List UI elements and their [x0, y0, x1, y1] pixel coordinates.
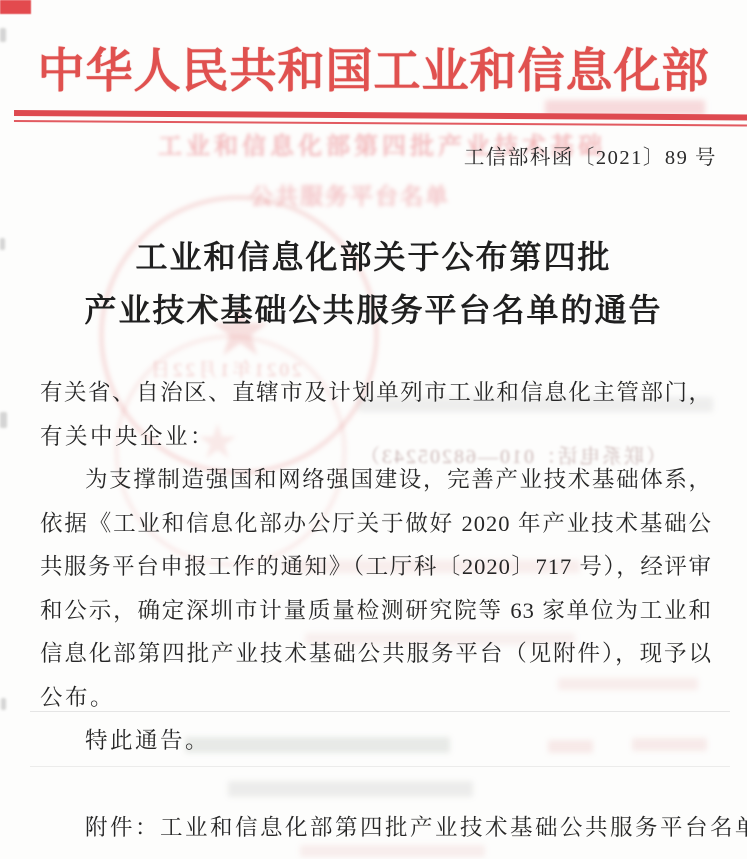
ministry-masthead: 中华人民共和国工业和信息化部: [0, 42, 747, 102]
scan-edge-speck: [1, 698, 6, 710]
salutation-line-1: 有关省、自治区、直辖市及计划单列市工业和信息化主管部门，: [40, 371, 712, 415]
paragraph-line-6: 公布。: [40, 676, 712, 720]
attachment-line: 附件：工业和信息化部第四批产业技术基础公共服务平台名单: [40, 806, 712, 850]
paragraph-line-1: 为支撑制造强国和网络强国建设，完善产业技术基础体系，: [40, 458, 712, 502]
document-number: 工信部科函〔2021〕89 号: [464, 144, 717, 172]
notice-title-line2: 产业技术基础公共服务平台名单的通告: [0, 285, 747, 331]
scan-edge-speck: [0, 28, 6, 42]
scanned-document-page: 工业和信息化部第四批产业技术基础 公共服务平台名单 ★ ★ 2021年1月22日…: [0, 0, 747, 859]
closing-line: 特此通告。: [40, 719, 712, 763]
paragraph-line-3: 共服务平台申报工作的通知》（工厅科〔2020〕717 号），经评审: [40, 545, 712, 589]
paragraph-line-4: 和公示，确定深圳市计量质量检测研究院等 63 家单位为工业和: [40, 589, 712, 633]
paragraph-line-2: 依据《工业和信息化部办公厅关于做好 2020 年产业技术基础公: [40, 502, 712, 546]
paragraph-line-5: 信息化部第四批产业技术基础公共服务平台（见附件），现予以: [40, 632, 712, 676]
scan-red-corner-mark: [0, 0, 31, 14]
salutation-line-2: 有关中央企业：: [40, 415, 712, 459]
scan-edge-speck: [0, 412, 7, 428]
notice-body: 有关省、自治区、直辖市及计划单列市工业和信息化主管部门， 有关中央企业： 为支撑…: [40, 371, 712, 850]
notice-title-line1: 工业和信息化部关于公布第四批: [0, 232, 747, 278]
